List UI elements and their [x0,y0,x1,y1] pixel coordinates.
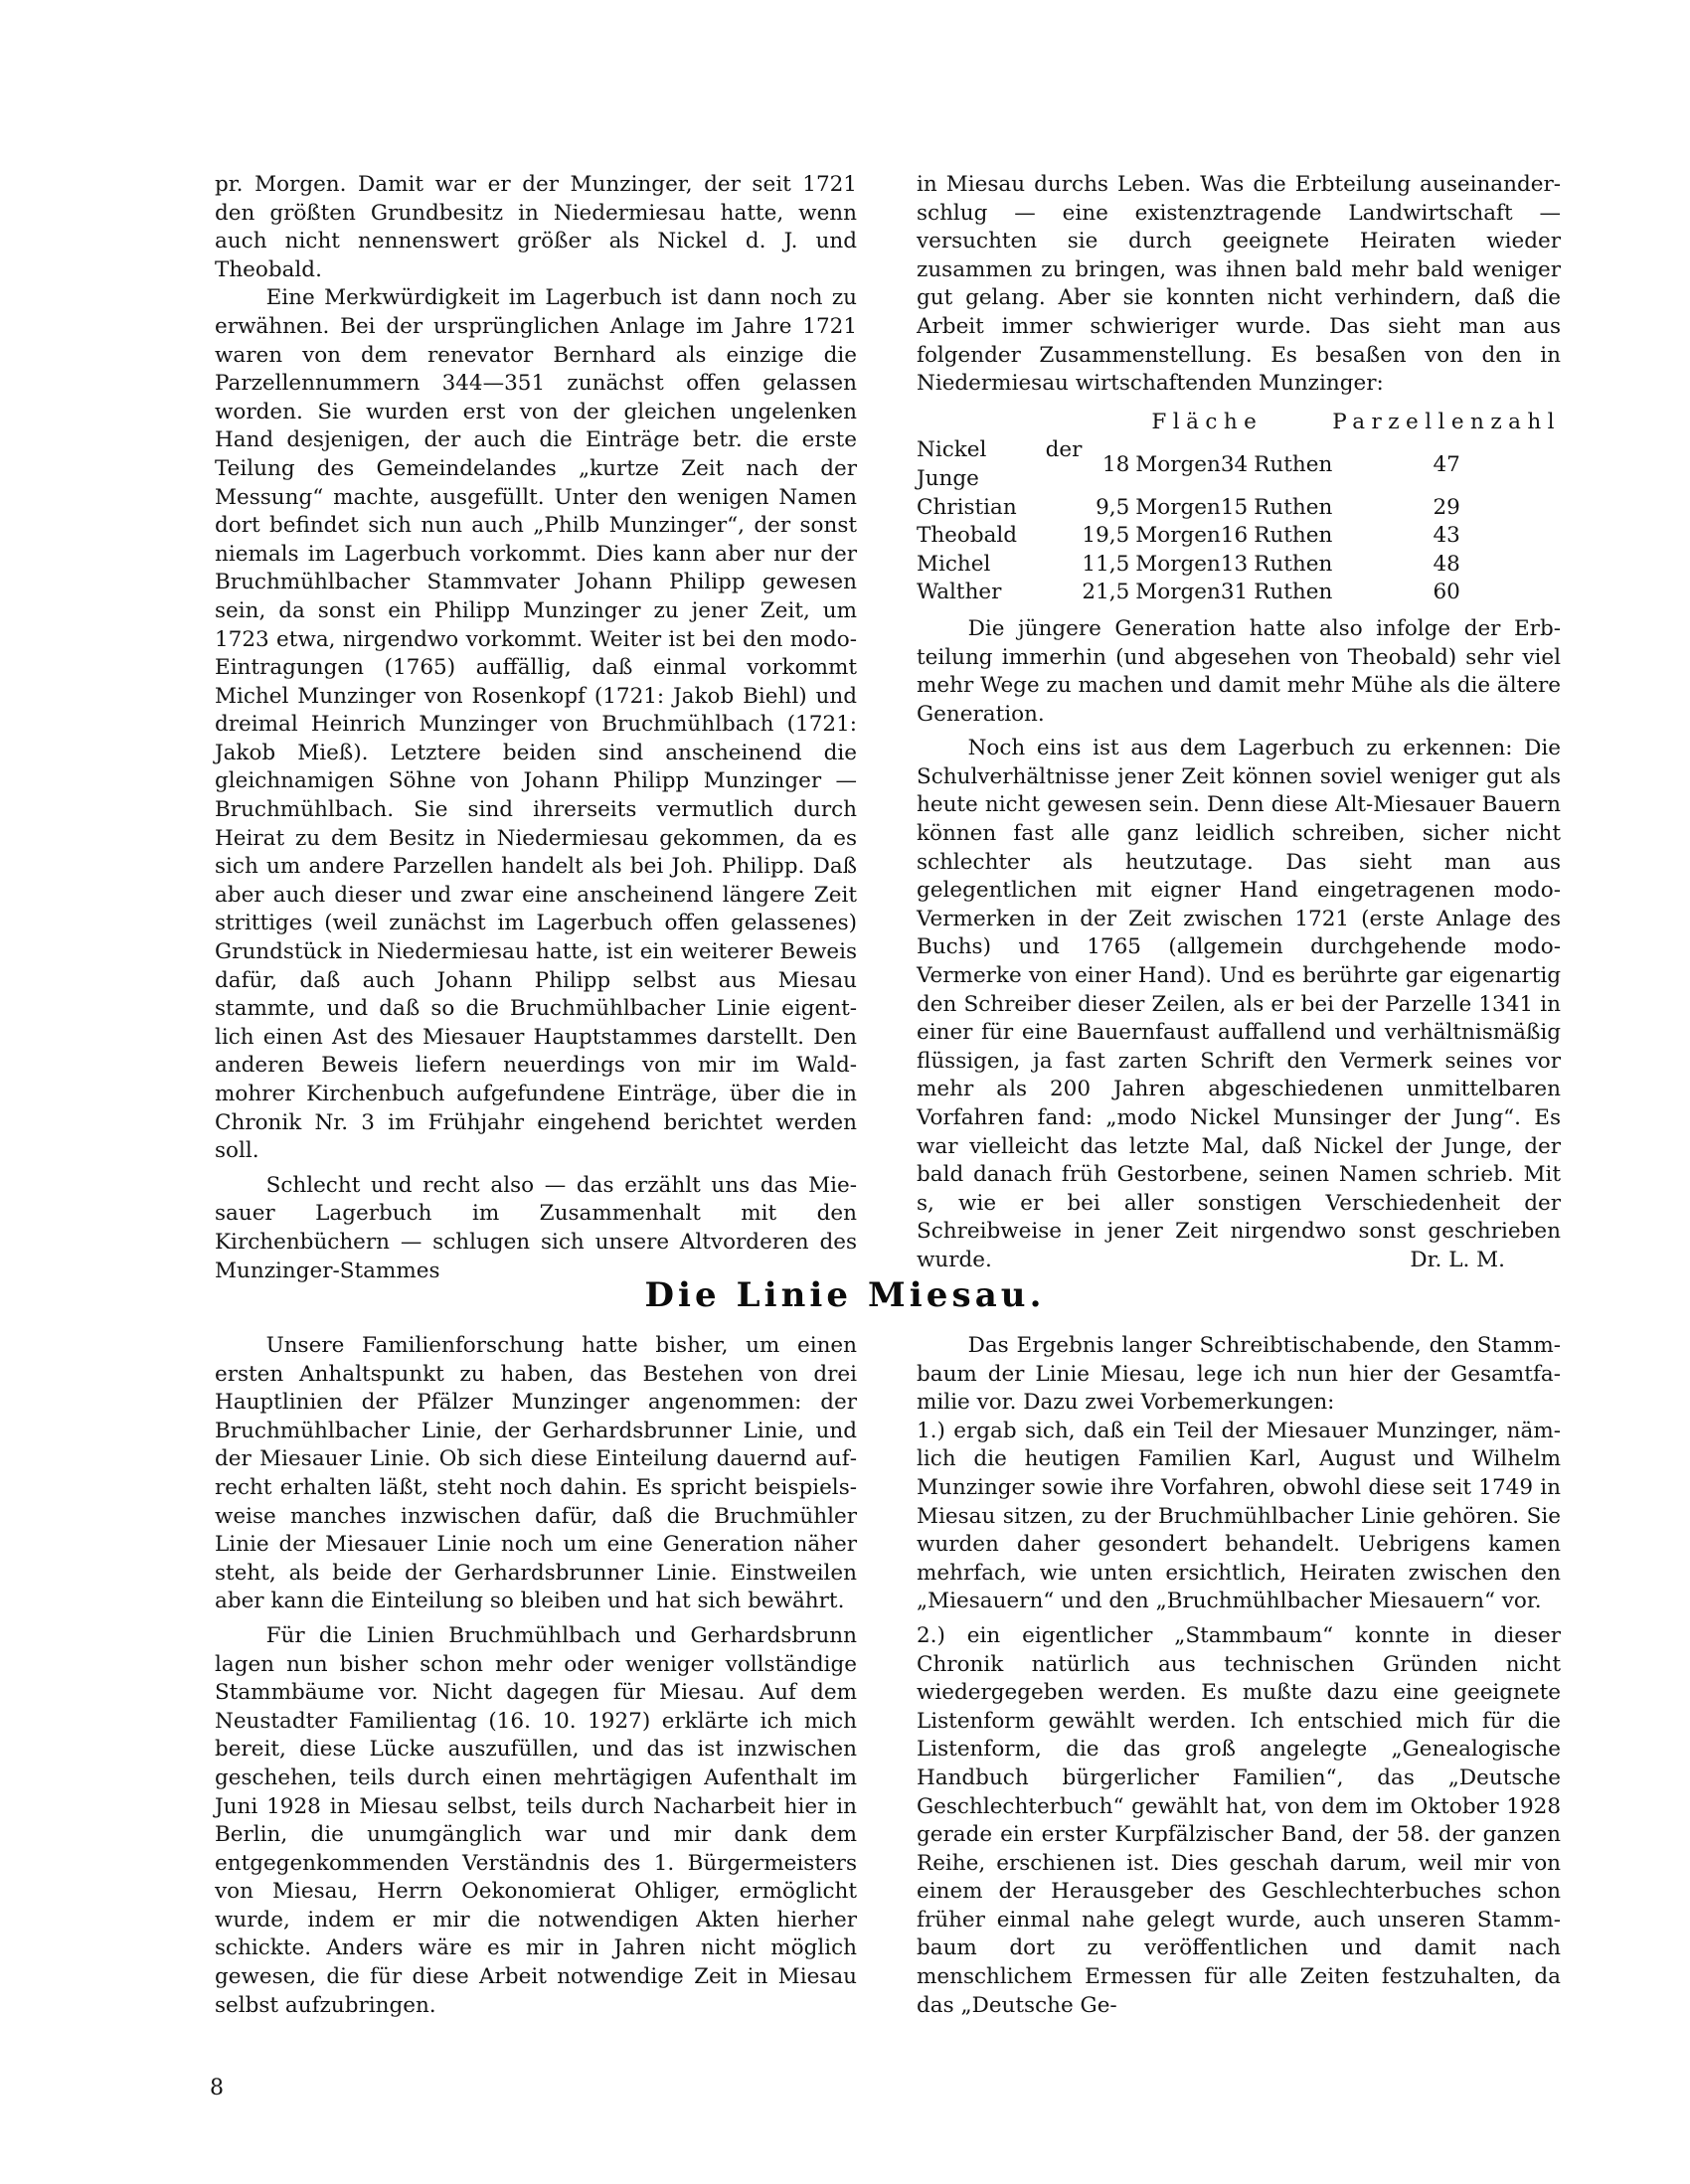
paragraph: Für die Linien Bruchmühlbach und Gerhard… [215,1622,857,2020]
column-header-area: Fläche [1082,409,1332,437]
paragraph: Noch eins ist aus dem Lagerbuch zu erken… [917,735,1561,1274]
table-row: Michel 11,5 Morgen 13 Ruthen 48 [917,551,1561,580]
numbered-remark-2: 2.) ein eigentlicher „Stammbaum“ konnte … [917,1622,1561,2020]
table-row: Walther 21,5 Morgen 31 Ruthen 60 [917,579,1561,607]
section-right-column: Das Ergebnis langer Schreibtischabende, … [917,1332,1561,2020]
paragraph: pr. Morgen. Damit war er der Munzinger, … [215,171,857,284]
top-right-column: in Miesau durchs Leben. Was die Erbteilu… [917,171,1561,1275]
section-title: Die Linie Miesau. [0,1275,1690,1315]
section-left-column: Unsere Familienforschung hatte bisher, u… [215,1332,857,2020]
column-header-parcels: Parzellenzahl [1332,409,1561,437]
table-row: Nickel der Junge 18 Morgen 34 Ruthen 47 [917,436,1561,493]
paragraph: in Miesau durchs Leben. Was die Erbteilu… [917,171,1561,399]
table-header-row: Fläche Parzellenzahl [917,409,1561,437]
table-row: Christian 9,5 Morgen 15 Ruthen 29 [917,494,1561,523]
paragraph: Schlecht und recht also — das erzählt un… [215,1172,857,1285]
page-number: 8 [210,2076,224,2100]
land-holdings-table: Fläche Parzellenzahl Nickel der Junge 18… [917,409,1561,607]
table-row: Theobald 19,5 Morgen 16 Ruthen 43 [917,522,1561,551]
numbered-remark-1: 1.) ergab sich, daß ein Teil der Miesaue… [917,1418,1561,1616]
paragraph: Unsere Familienforschung hatte bisher, u… [215,1332,857,1616]
paragraph: Die jüngere Generation hatte also infolg… [917,615,1561,729]
paragraph: Das Ergebnis langer Schreibtischabende, … [917,1332,1561,1418]
author-signature: Dr. L. M. [917,1247,1561,1275]
top-left-column: pr. Morgen. Damit war er der Munzinger, … [215,171,857,1285]
paragraph: Eine Merkwürdigkeit im Lagerbuch ist dan… [215,284,857,1165]
